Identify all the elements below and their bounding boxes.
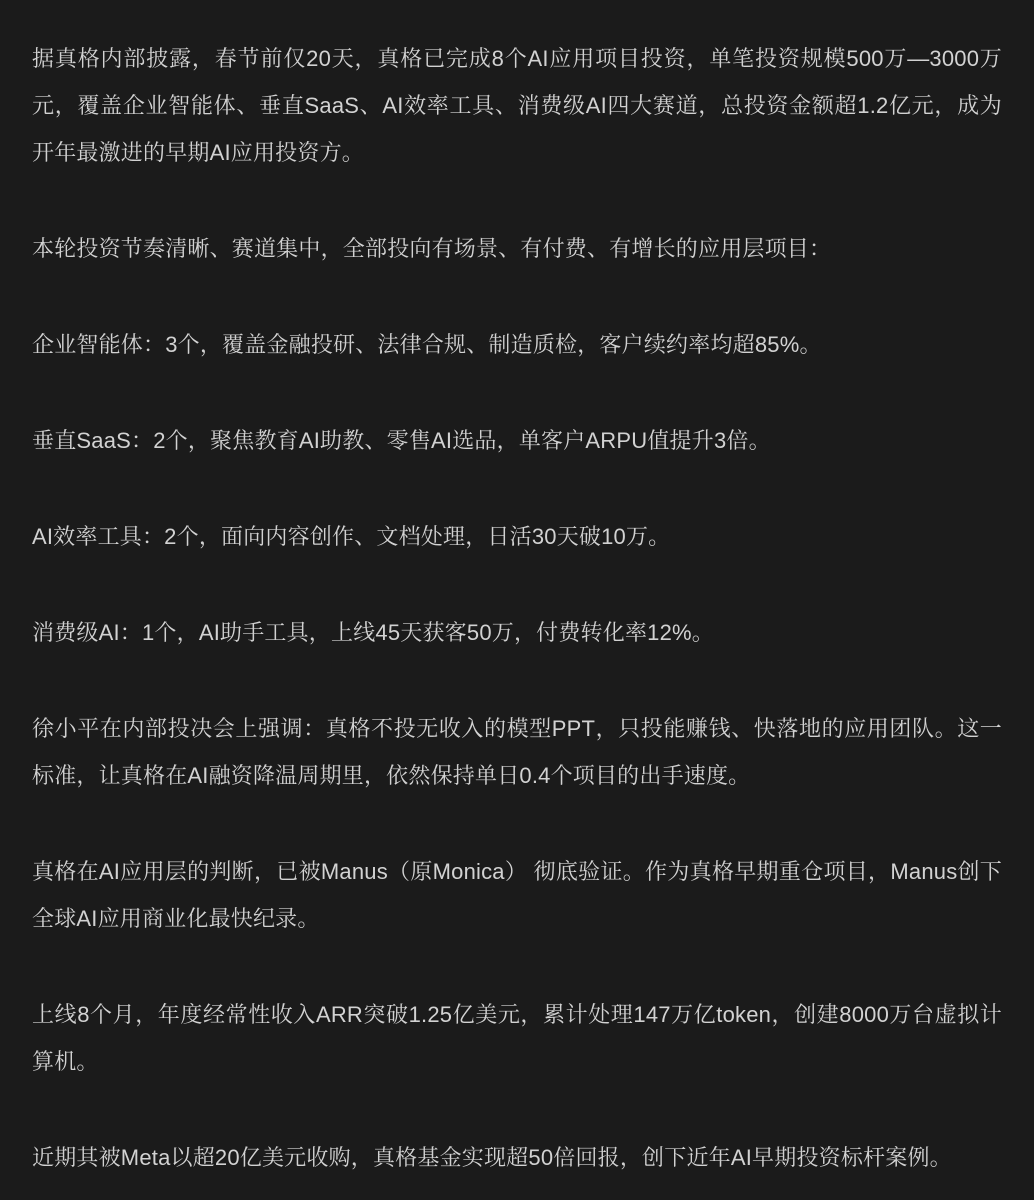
paragraph-intro: 据真格内部披露，春节前仅20天，真格已完成8个AI应用项目投资，单笔投资规模50… [32,35,1002,176]
paragraph-vertical-saas: 垂直SaaS：2个，聚焦教育AI助教、零售AI选品，单客户ARPU值提升3倍。 [32,417,1002,464]
paragraph-overview: 本轮投资节奏清晰、赛道集中，全部投向有场景、有付费、有增长的应用层项目： [32,225,1002,272]
article-body: 据真格内部披露，春节前仅20天，真格已完成8个AI应用项目投资，单笔投资规模50… [0,0,1034,1200]
paragraph-ai-efficiency: AI效率工具：2个，面向内容创作、文档处理，日活30天破10万。 [32,513,1002,560]
paragraph-meta-acquisition: 近期其被Meta以超20亿美元收购，真格基金实现超50倍回报，创下近年AI早期投… [32,1134,1002,1181]
paragraph-enterprise-agent: 企业智能体：3个，覆盖金融投研、法律合规、制造质检，客户续约率均超85%。 [32,321,1002,368]
paragraph-manus: 真格在AI应用层的判断，已被Manus（原Monica） 彻底验证。作为真格早期… [32,848,1002,942]
paragraph-arr: 上线8个月，年度经常性收入ARR突破1.25亿美元，累计处理147万亿token… [32,991,1002,1085]
paragraph-xu-xiaoping: 徐小平在内部投决会上强调：真格不投无收入的模型PPT，只投能赚钱、快落地的应用团… [32,705,1002,799]
page-background: { "page": { "background_color": "#1b1b1b… [0,0,1034,1200]
paragraph-consumer-ai: 消费级AI：1个，AI助手工具，上线45天获客50万，付费转化率12%。 [32,609,1002,656]
